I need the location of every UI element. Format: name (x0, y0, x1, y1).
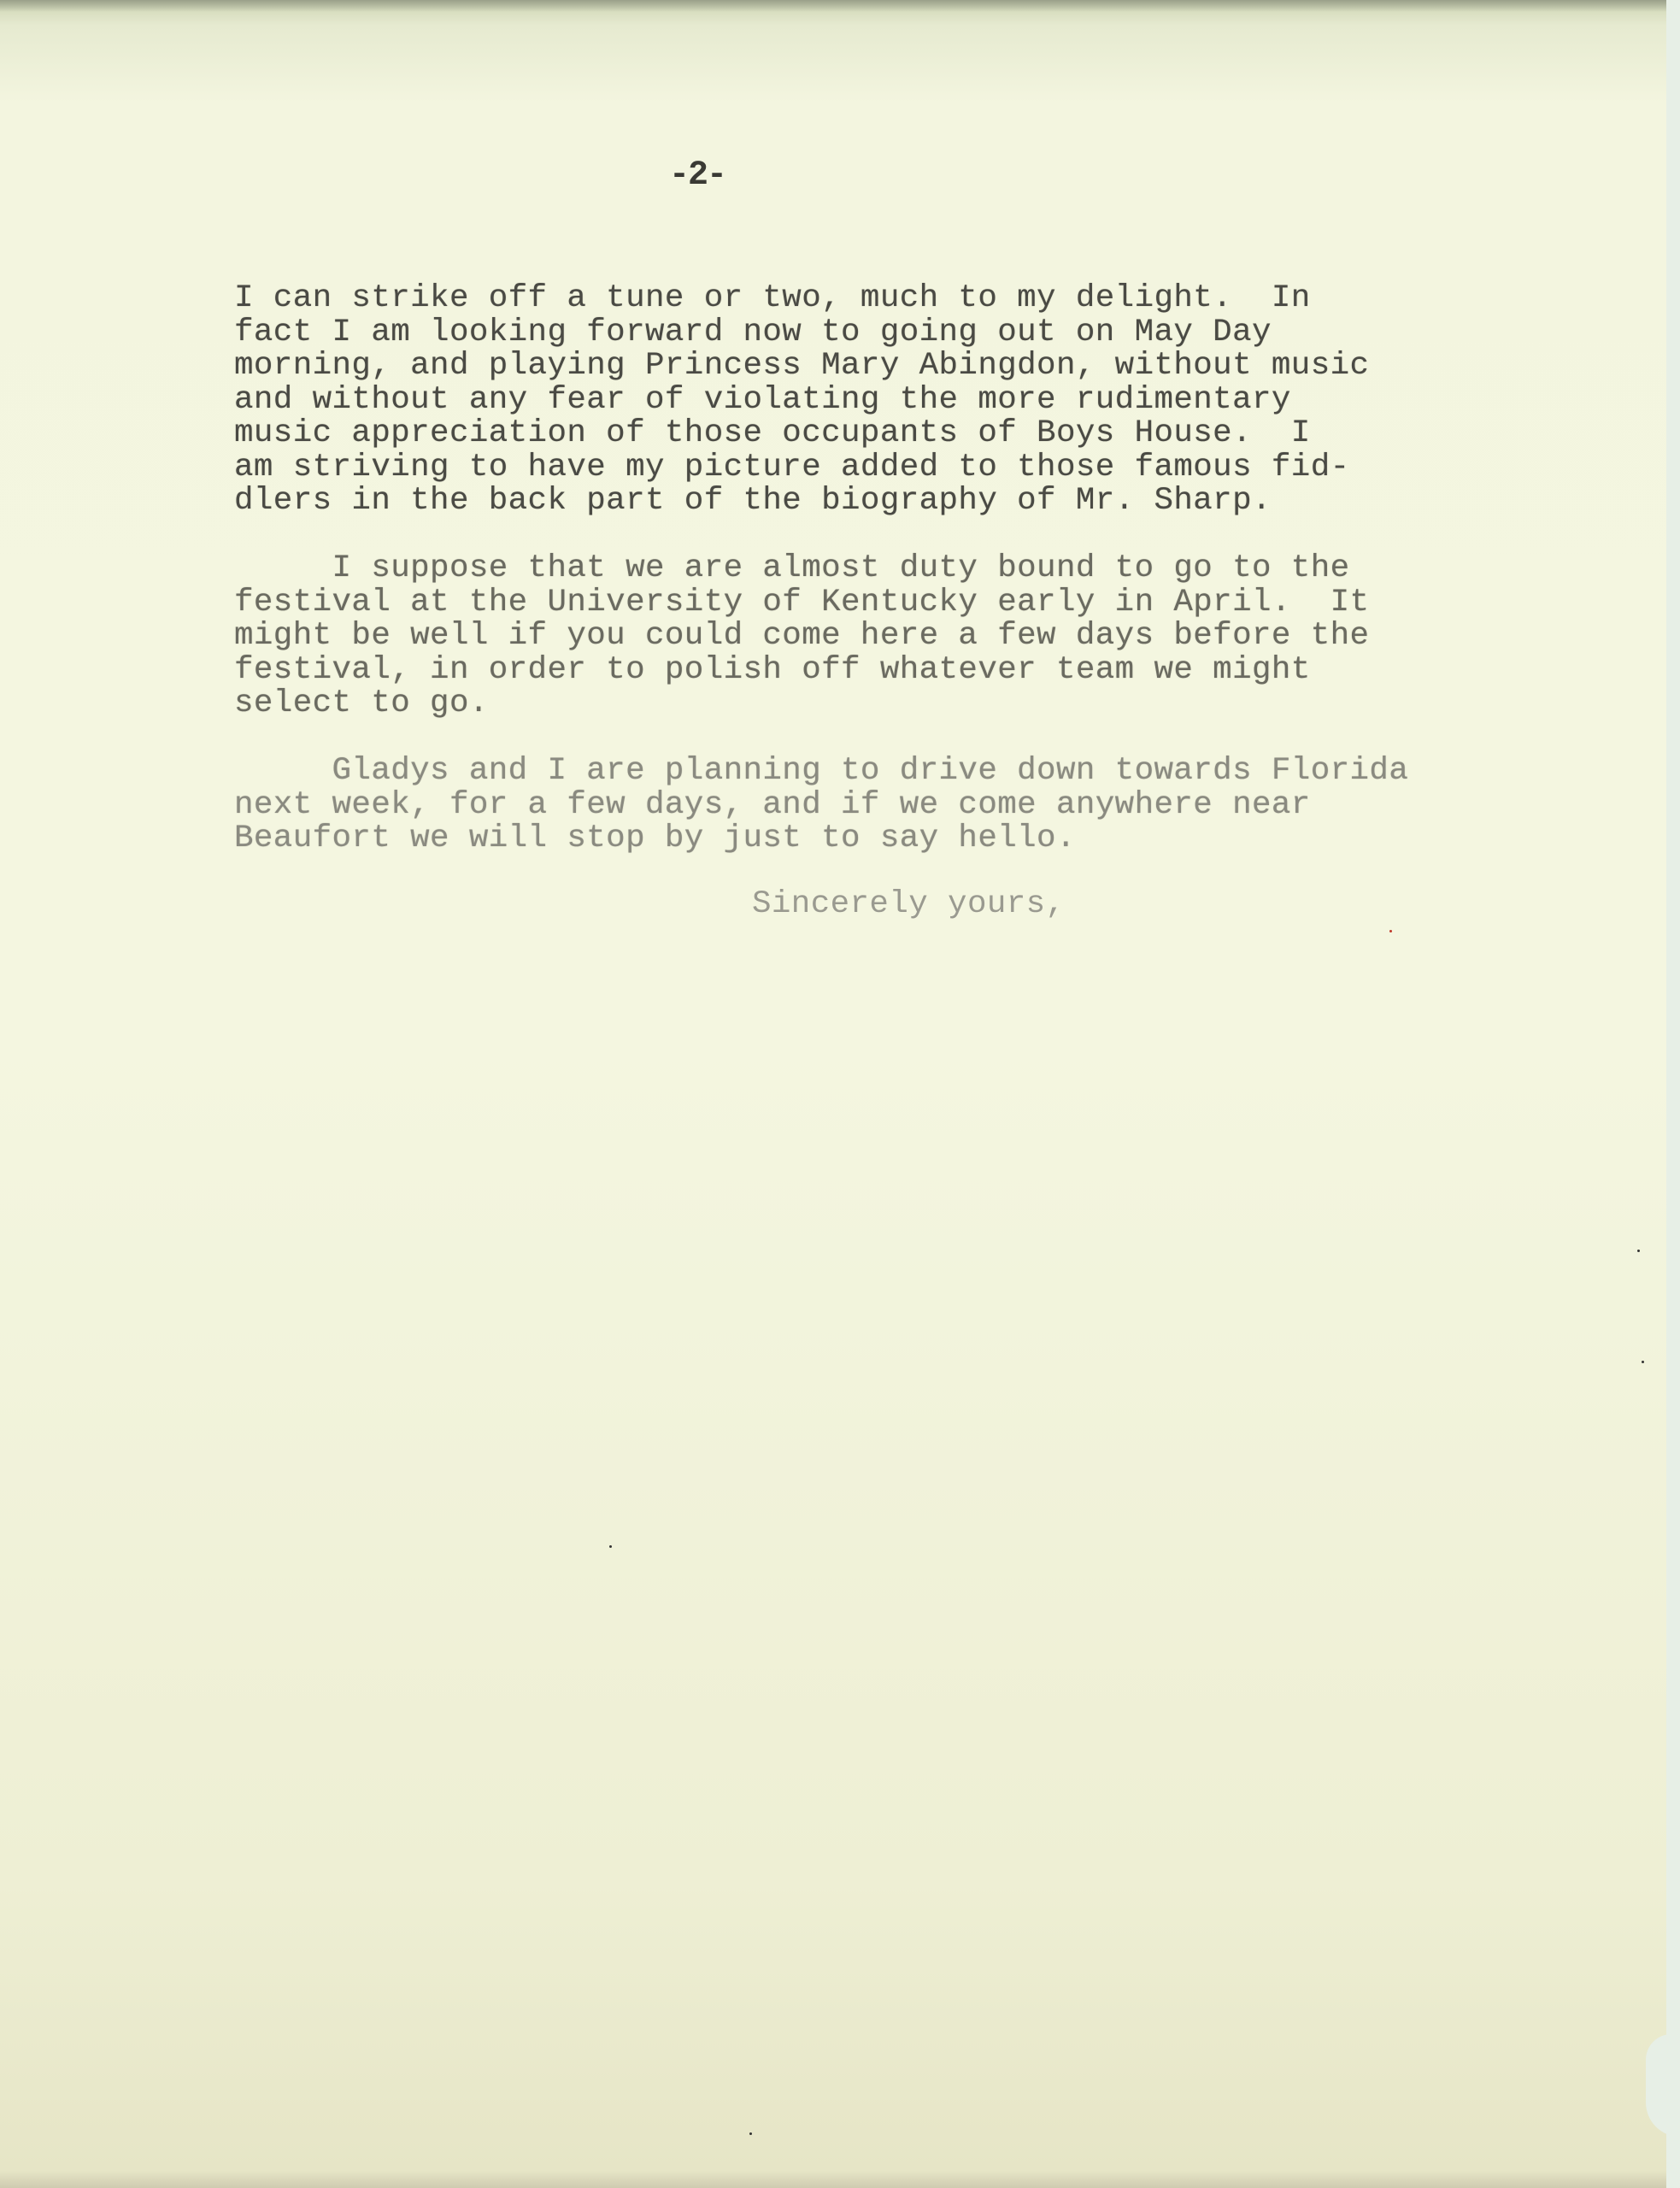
line: might be well if you could come here a f… (234, 620, 1448, 654)
paper-speck (749, 2132, 752, 2135)
line: I suppose that we are almost duty bound … (234, 552, 1448, 586)
letter-page: -2- I can strike off a tune or two, much… (0, 0, 1666, 2188)
paragraph-1: I can strike off a tune or two, much to … (234, 282, 1448, 519)
paper-speck (1637, 1250, 1640, 1252)
line: and without any fear of violating the mo… (234, 384, 1448, 418)
line: festival, in order to polish off whateve… (234, 654, 1448, 688)
paper-speck (1389, 930, 1392, 932)
line: fact I am looking forward now to going o… (234, 316, 1448, 350)
paper-speck (609, 1545, 612, 1548)
paragraph-2: I suppose that we are almost duty bound … (234, 552, 1448, 721)
line: select to go. (234, 687, 1448, 721)
paper-speck (1642, 1361, 1644, 1363)
torn-corner (1646, 2034, 1680, 2137)
line: festival at the University of Kentucky e… (234, 586, 1448, 621)
scan-top-edge (0, 0, 1666, 12)
letter-body: I can strike off a tune or two, much to … (234, 282, 1448, 890)
line: I can strike off a tune or two, much to … (234, 282, 1448, 316)
line: Gladys and I are planning to drive down … (234, 755, 1448, 789)
line: Beaufort we will stop by just to say hel… (234, 822, 1448, 856)
line: dlers in the back part of the biography … (234, 485, 1448, 519)
closing-signoff: Sincerely yours, (752, 886, 1065, 922)
line: music appreciation of those occupants of… (234, 417, 1448, 451)
paragraph-3: Gladys and I are planning to drive down … (234, 755, 1448, 856)
line: next week, for a few days, and if we com… (234, 789, 1448, 823)
line: morning, and playing Princess Mary Abing… (234, 350, 1448, 384)
line: am striving to have my picture added to … (234, 451, 1448, 485)
page-number: -2- (669, 156, 725, 195)
